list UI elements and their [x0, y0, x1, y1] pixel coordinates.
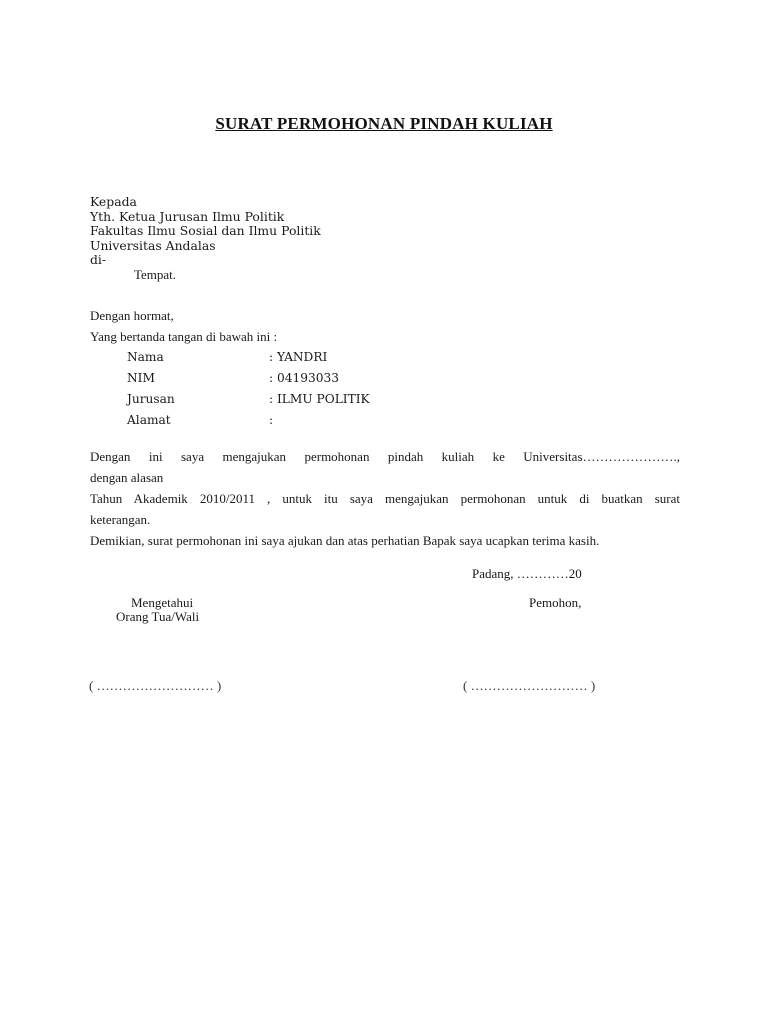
document-page: SURAT PERMOHONAN PINDAH KULIAH Kepada Yt…: [0, 0, 768, 1024]
signature-right-label: Pemohon,: [529, 595, 581, 611]
field-label-nama: Nama: [127, 350, 164, 364]
recipient-line: Kepada: [90, 195, 321, 210]
field-value-jurusan: : ILMU POLITIK: [269, 392, 370, 406]
recipient-line: di-: [90, 253, 321, 268]
recipient-place: Tempat.: [90, 268, 321, 283]
body-paragraph-3: Demikian, surat permohonan ini saya ajuk…: [90, 530, 680, 551]
recipient-line: Universitas Andalas: [90, 239, 321, 254]
field-label-jurusan: Jurusan: [127, 392, 175, 406]
body-paragraph-1-line-1: Dengan ini saya mengajukan permohonan pi…: [90, 446, 680, 467]
document-title: SURAT PERMOHONAN PINDAH KULIAH: [0, 114, 768, 134]
recipient-line: Yth. Ketua Jurusan Ilmu Politik: [90, 210, 321, 225]
field-value-alamat: :: [269, 413, 273, 427]
body-paragraph-2-line-2: keterangan.: [90, 509, 680, 530]
signature-left-sublabel: Orang Tua/Wali: [116, 609, 199, 625]
field-value-nama: : YANDRI: [269, 350, 327, 364]
field-label-nim: NIM: [127, 371, 155, 385]
body-paragraph-1-line-2: dengan alasan: [90, 467, 680, 488]
body-paragraph-2-line-1: Tahun Akademik 2010/2011 , untuk itu say…: [90, 488, 680, 509]
signature-right-blank: ( ……………………… ): [463, 678, 595, 694]
field-label-alamat: Alamat: [127, 413, 171, 427]
greeting: Dengan hormat,: [90, 308, 174, 324]
place-date: Padang, …………20: [472, 566, 582, 582]
signature-left-blank: ( ……………………… ): [89, 678, 221, 694]
recipient-line: Fakultas Ilmu Sosial dan Ilmu Politik: [90, 224, 321, 239]
intro-text: Yang bertanda tangan di bawah ini :: [90, 329, 277, 345]
field-value-nim: : 04193033: [269, 371, 339, 385]
recipient-address: Kepada Yth. Ketua Jurusan Ilmu Politik F…: [90, 195, 321, 283]
